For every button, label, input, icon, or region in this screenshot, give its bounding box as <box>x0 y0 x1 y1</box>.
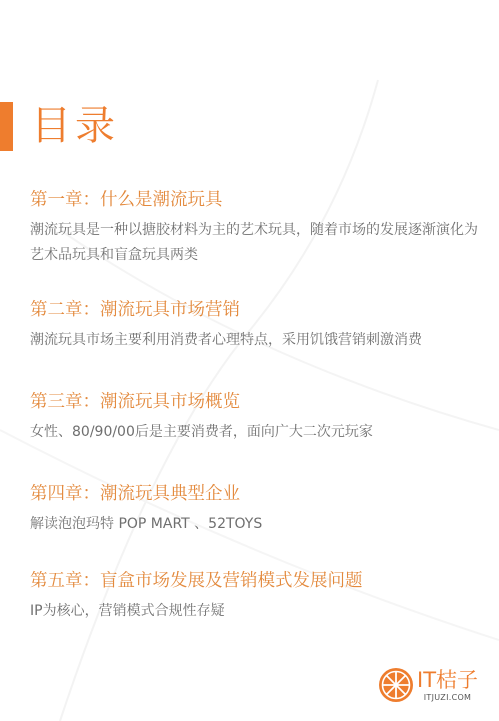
title-accent-bar <box>0 102 13 151</box>
chapter-title: 第一章：什么是潮流玩具 <box>30 187 480 213</box>
chapter-3: 第三章：潮流玩具市场概览 女性、80/90/00后是主要消费者，面向广大二次元玩… <box>30 389 480 445</box>
chapter-title: 第五章：盲盒市场发展及营销模式发展问题 <box>30 568 480 594</box>
chapter-description: 女性、80/90/00后是主要消费者，面向广大二次元玩家 <box>30 420 480 445</box>
page-title: 目录 <box>31 98 119 154</box>
chapter-1: 第一章：什么是潮流玩具 潮流玩具是一种以搪胶材料为主的艺术玩具，随着市场的发展逐… <box>30 187 480 268</box>
chapter-title: 第三章：潮流玩具市场概览 <box>30 389 480 415</box>
chapter-description: 潮流玩具市场主要利用消费者心理特点，采用饥饿营销刺激消费 <box>30 328 480 353</box>
orange-slice-icon <box>378 667 414 703</box>
chapter-title: 第二章：潮流玩具市场营销 <box>30 297 480 323</box>
chapter-2: 第二章：潮流玩具市场营销 潮流玩具市场主要利用消费者心理特点，采用饥饿营销刺激消… <box>30 297 480 353</box>
chapter-title: 第四章：潮流玩具典型企业 <box>30 481 480 507</box>
logo-url: ITJUZI.COM <box>424 692 472 703</box>
chapter-description: 解读泡泡玛特 POP MART 、52TOYS <box>30 512 480 537</box>
itjuzi-logo: IT桔子 ITJUZI.COM <box>378 667 478 703</box>
chapter-5: 第五章：盲盒市场发展及营销模式发展问题 IP为核心，营销模式合规性存疑 <box>30 568 480 624</box>
logo-name: IT桔子 <box>417 668 478 692</box>
chapter-4: 第四章：潮流玩具典型企业 解读泡泡玛特 POP MART 、52TOYS <box>30 481 480 537</box>
page-header: 目录 <box>0 98 119 154</box>
chapter-description: 潮流玩具是一种以搪胶材料为主的艺术玩具，随着市场的发展逐渐演化为艺术品玩具和盲盒… <box>30 218 480 268</box>
chapter-description: IP为核心，营销模式合规性存疑 <box>30 599 480 624</box>
